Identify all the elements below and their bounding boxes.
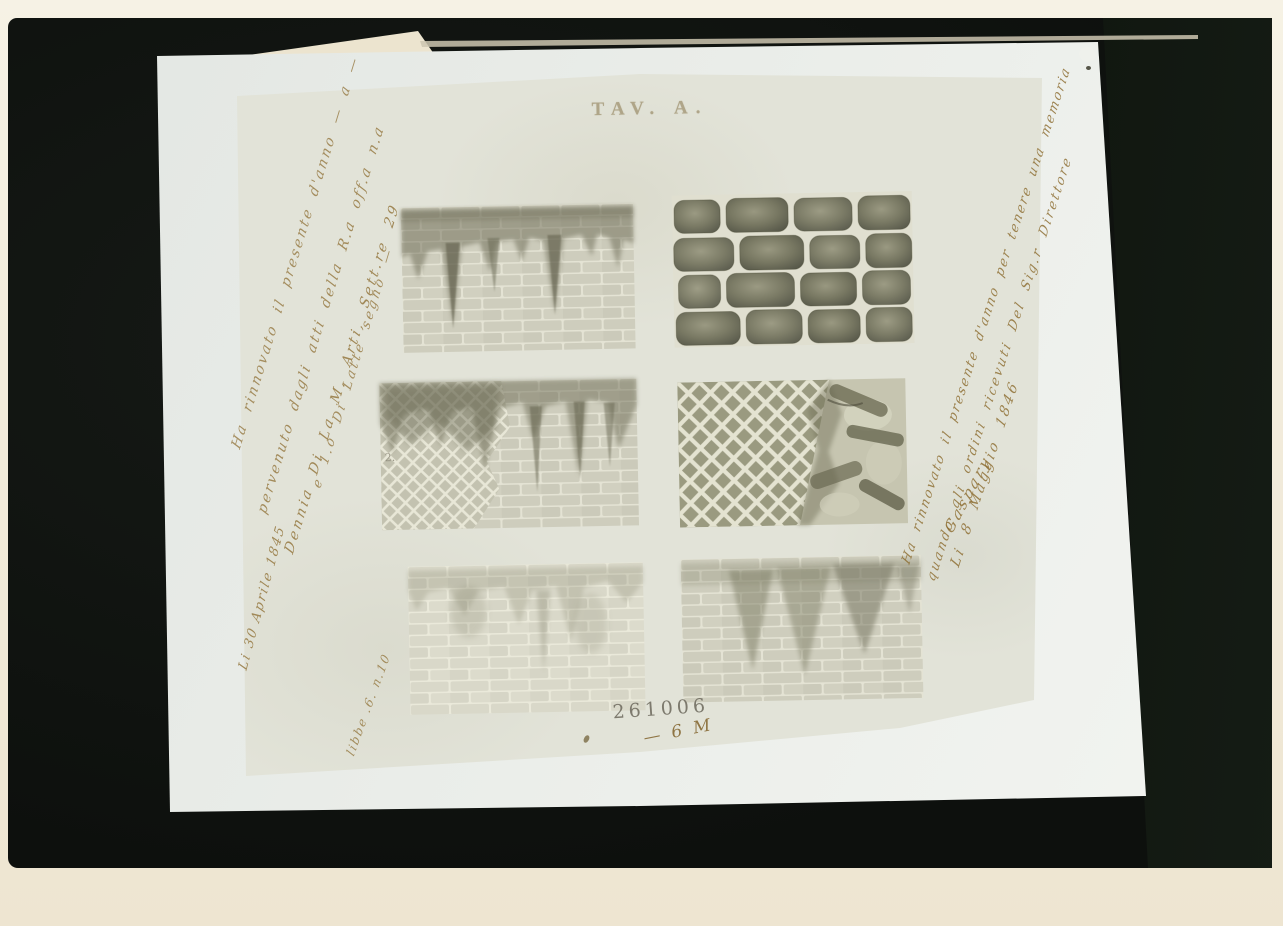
figure-stained-brick-wall bbox=[401, 203, 636, 352]
figure-lattice-and-brick bbox=[379, 378, 639, 530]
plate-content: TAV. A. bbox=[369, 85, 942, 756]
paper-chip-shadow bbox=[1086, 66, 1091, 70]
masonry-figures bbox=[371, 185, 941, 726]
plate-title: TAV. A. bbox=[565, 96, 735, 121]
photo-of-archival-document: TAV. A. bbox=[0, 0, 1283, 926]
figure-light-brick-faint-stains bbox=[408, 562, 646, 714]
figure-ashlar-blocks bbox=[672, 191, 915, 348]
figure-reticulatum-and-rubble bbox=[677, 378, 908, 527]
figure-number-mark: 2. bbox=[385, 451, 396, 464]
figure-brick-wedge-stains bbox=[681, 555, 924, 703]
